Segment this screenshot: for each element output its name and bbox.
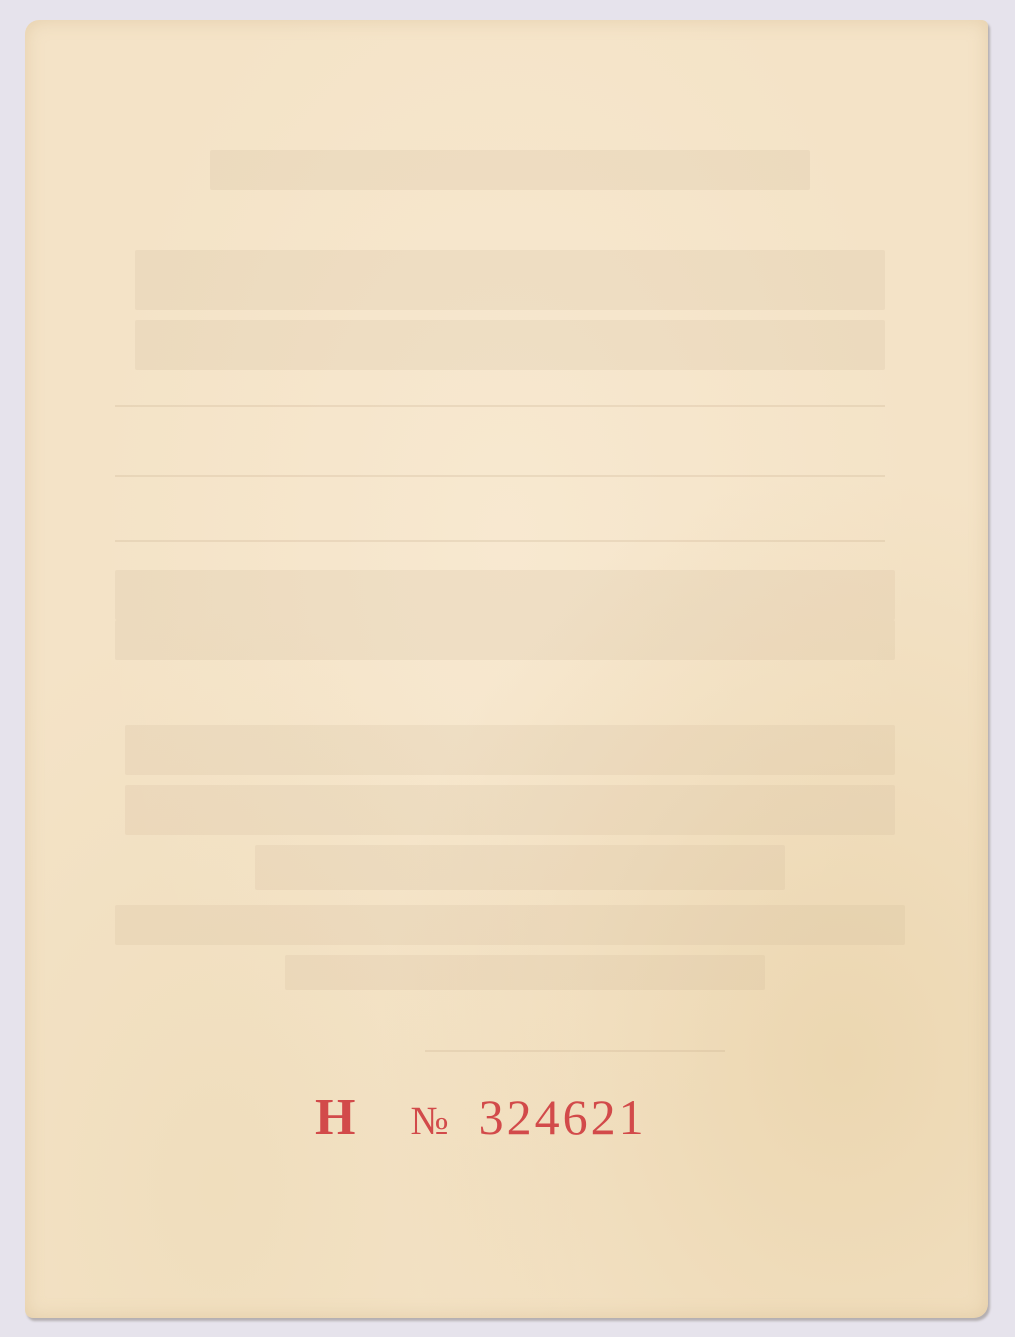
bleed-through-line bbox=[135, 250, 885, 310]
number-sign: № bbox=[410, 1097, 448, 1144]
bleed-through-rule bbox=[115, 475, 885, 477]
bleed-through-line bbox=[285, 955, 765, 990]
bleed-through-rule bbox=[115, 405, 885, 407]
bleed-through-line bbox=[135, 320, 885, 370]
serial-number: Н № 324621 bbox=[315, 1088, 647, 1147]
bleed-through-rule bbox=[425, 1050, 725, 1052]
bleed-through-line bbox=[255, 845, 785, 890]
bleed-through-line bbox=[210, 150, 810, 190]
bleed-through-line bbox=[125, 785, 895, 835]
bleed-through-line bbox=[115, 905, 905, 945]
bleed-through-line bbox=[115, 620, 895, 660]
bleed-through-line bbox=[115, 570, 895, 620]
bleed-through-line bbox=[125, 725, 895, 775]
bleed-through-rule bbox=[115, 540, 885, 542]
serial-digits: 324621 bbox=[479, 1088, 647, 1146]
serial-series: Н bbox=[315, 1088, 355, 1147]
